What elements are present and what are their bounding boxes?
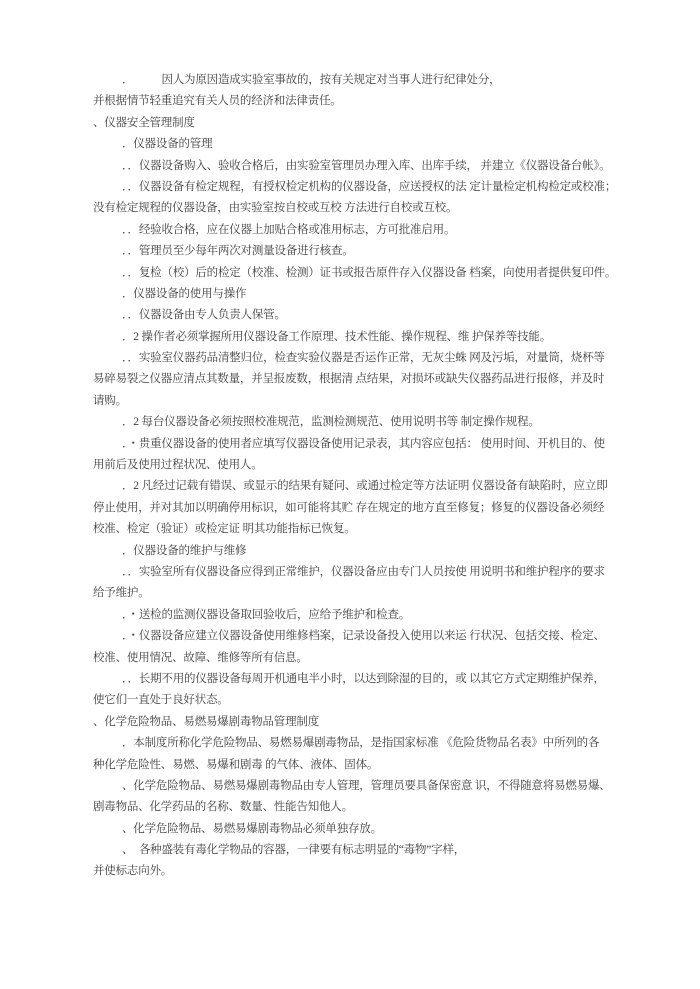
text-line: 、 各种盛装有毒化学物品的容器，一律要有标志明显的“毒物”字样，: [93, 840, 613, 861]
text-line: ．2 操作者必须掌握所用仪器设备工作原理、技术性能、操作规程、维 护保养等技能。: [93, 327, 613, 348]
text-line: ．仪器设备的管理: [93, 134, 613, 155]
text-line: ．仪器设备的维护与维修: [93, 541, 613, 562]
text-line: 、化学危险物品、易燃易爆剧毒物品管理制度: [93, 712, 613, 733]
text-line: 易碎易裂之仪器应清点其数量，并呈报废数，根据清 点结果，对损坏或缺失仪器药品进行…: [93, 369, 613, 390]
text-line: ．．实验室仪器药品清整归位，检查实验仪器是否运作正常，无灰尘蛛 网及污垢，对量筒…: [93, 348, 613, 369]
text-line: ．．仪器设备有检定规程，有授权检定机构的仪器设备，应送授权的法 定计量检定机构检…: [93, 177, 613, 198]
text-line: 用前后及使用过程状况、使用人。: [93, 455, 613, 476]
text-line: 校准、检定（验证）或检定证 明其功能指标已恢复。: [93, 519, 613, 540]
document-body: ． 因人为原因造成实验室事故的，按有关规定对当事人进行纪律处分，并根据情节轻重追…: [93, 70, 613, 883]
text-line: ．．仪器设备购入、验收合格后，由实验室管理员办理入库、出库手续， 并建立《仪器设…: [93, 156, 613, 177]
text-line: ．．长期不用的仪器设备每周开机通电半小时，以达到除湿的目的，或 以其它方式定期维…: [93, 669, 613, 690]
text-line: 使它们一直处于良好状态。: [93, 690, 613, 711]
text-line: ．．复检（校）后的检定（校准、检测）证书或报告原件存入仪器设备 档案，向使用者提…: [93, 263, 613, 284]
text-line: 、化学危险物品、易燃易爆剧毒物品由专人管理，管理员要具备保密意 识，不得随意将易…: [93, 776, 613, 797]
text-line: ． 因人为原因造成实验室事故的，按有关规定对当事人进行纪律处分，: [93, 70, 613, 91]
text-line: ．2 凡经过记载有错误、或显示的结果有疑问、或通过检定等方法证明 仪器设备有缺陷…: [93, 476, 613, 497]
text-line: ．．仪器设备由专人负责人保管。: [93, 305, 613, 326]
text-line: 给予维护。: [93, 583, 613, 604]
text-line: 并使标志向外。: [93, 861, 613, 882]
text-line: 、化学危险物品、易燃易爆剧毒物品必须单独存放。: [93, 819, 613, 840]
text-line: 、仪器安全管理制度: [93, 113, 613, 134]
text-line: 没有检定规程的仪器设备，由实验室按自校或互校 方法进行自校或互校。: [93, 198, 613, 219]
text-line: ．・仪器设备应建立仪器设备使用维修档案，记录设备投入使用以来运 行状况、包括交接…: [93, 626, 613, 647]
text-line: ．・贵重仪器设备的使用者应填写仪器设备使用记录表，其内容应包括： 使用时间、开机…: [93, 434, 613, 455]
text-line: ．・送检的监测仪器设备取回验收后，应给予维护和检查。: [93, 605, 613, 626]
text-line: 并根据情节轻重追究有关人员的经济和法律责任。: [93, 91, 613, 112]
text-line: 请购。: [93, 391, 613, 412]
text-line: 停止使用，并对其加以明确停用标识，如可能将其贮 存在规定的地方直至修复；修复的仪…: [93, 498, 613, 519]
text-line: ．．实验室所有仪器设备应得到正常维护，仪器设备应由专门人员按使 用说明书和维护程…: [93, 562, 613, 583]
text-line: 种化学危险性、易燃、易爆和剧毒 的气体、液体、固体。: [93, 755, 613, 776]
text-line: ．．管理员至少每年两次对测量设备进行核查。: [93, 241, 613, 262]
text-line: 剧毒物品、化学药品的名称、数量、性能告知他人。: [93, 797, 613, 818]
text-line: ．．经验收合格，应在仪器上加贴合格或准用标志，方可批准启用。: [93, 220, 613, 241]
text-line: ．2 每台仪器设备必须按照校准规范，监测检测规范、使用说明书等 制定操作规程。: [93, 412, 613, 433]
text-line: ．本制度所称化学危险物品、易燃易爆剧毒物品，是指国家标准 《危险货物品名表》中所…: [93, 733, 613, 754]
text-line: 校准、使用情况、故障、维修等所有信息。: [93, 648, 613, 669]
text-line: ．仪器设备的使用与操作: [93, 284, 613, 305]
document-page: ． 因人为原因造成实验室事故的，按有关规定对当事人进行纪律处分，并根据情节轻重追…: [0, 0, 700, 989]
